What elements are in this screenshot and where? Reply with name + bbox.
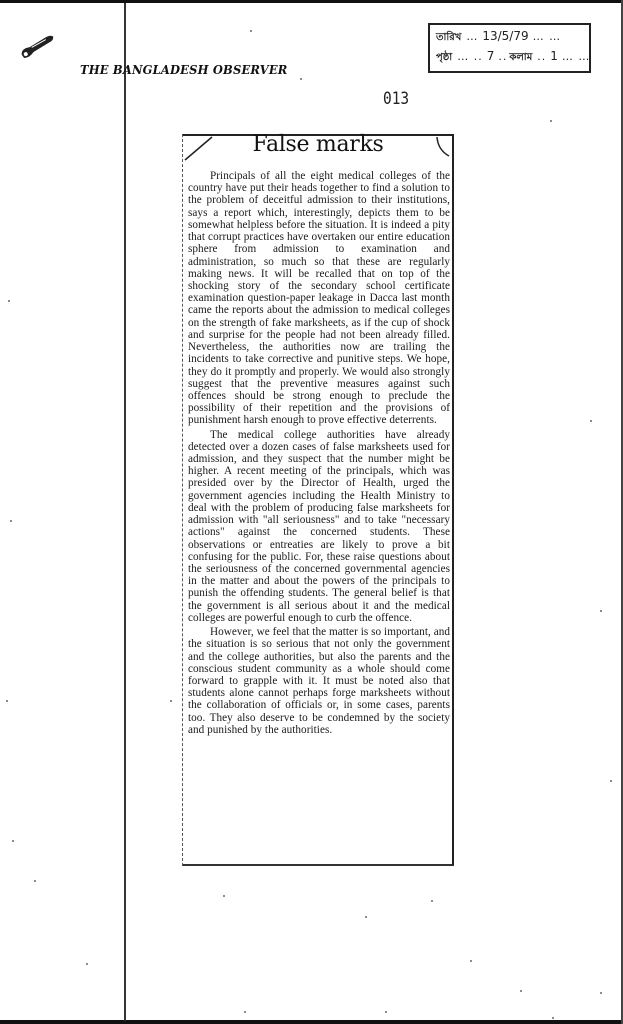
stamp-column-label: কলাম (509, 50, 532, 67)
stamp-page-value: 7 (487, 49, 495, 63)
article-paragraph-3: However, we feel that the matter is so i… (188, 626, 450, 736)
newspaper-logo-icon (16, 31, 60, 63)
stamp-column-value: 1 (550, 49, 558, 63)
article-body: Principals of all the eight medical coll… (188, 170, 450, 736)
stamp-date-row: তারিখ … 13/5/79 … … (436, 29, 583, 49)
scan-top-edge (0, 0, 623, 3)
stamp-date-label: তারিখ (436, 30, 461, 47)
clipping-left-edge (182, 134, 183, 866)
article-paragraph-2: The medical college authorities have alr… (188, 429, 450, 625)
stamp-page-row: পৃষ্ঠা … .. 7 .. কলাম .. 1 … … (436, 49, 583, 69)
page-number: 013 (383, 89, 409, 109)
newspaper-masthead: THE BANGLADESH OBSERVER (80, 62, 288, 77)
archive-stamp: তারিখ … 13/5/79 … … পৃষ্ঠা … .. 7 .. কলা… (428, 23, 591, 73)
stamp-date-value: 13/5/79 (482, 29, 528, 43)
article-paragraph-1: Principals of all the eight medical coll… (188, 170, 450, 427)
scan-bottom-edge (0, 1020, 623, 1024)
page-margin-line (124, 3, 126, 1021)
article-headline: False marks (182, 132, 454, 157)
stamp-page-label: পৃষ্ঠা (436, 50, 452, 67)
